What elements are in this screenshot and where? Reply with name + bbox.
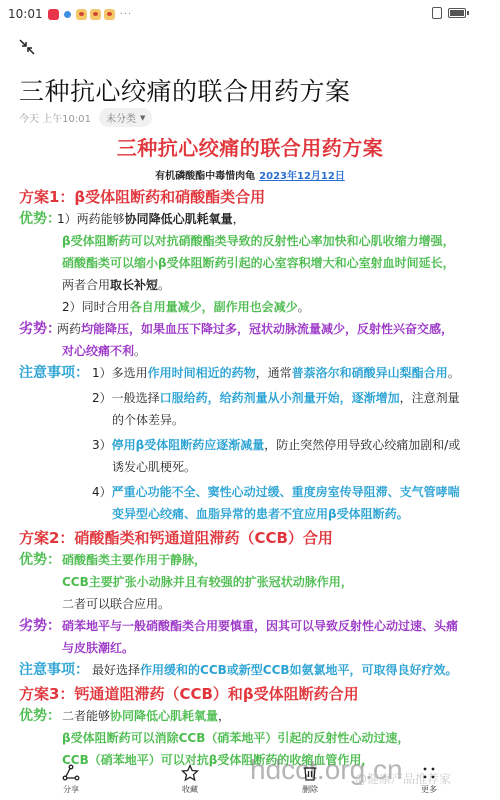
disadvantage-label: 劣势：	[19, 615, 61, 637]
dot-notification-icon	[64, 11, 71, 18]
trash-icon	[301, 764, 319, 782]
weibo-notification-icon	[76, 9, 87, 20]
plan1-notes: 注意事项： 1）多选用作用时间相近的药物，通常普萘洛尔和硝酸异山梨酯合用。	[0, 362, 500, 384]
dropdown-arrow-icon: ▼	[140, 114, 145, 122]
collapse-icon[interactable]	[18, 38, 36, 56]
status-time: 10:01	[8, 7, 43, 21]
plan2-disadvantage: 劣势： 硝苯地平与一般硝酸酯类合用要慎重，因其可以导致反射性心动过速、头痛	[0, 615, 500, 637]
advantage-label: 优势：	[19, 705, 61, 727]
plan1-disadvantage: 劣势： 两药均能降压，如果血压下降过多，冠状动脉流量减少，反射性兴奋交感，	[0, 318, 500, 340]
plan1-heading: 方案1：β受体阻断药和硝酸酯类合用	[0, 186, 500, 208]
advantage-label: 优势：	[19, 208, 61, 230]
doc-byline: 有机磷酸酯中毒惜肉龟2023年12月12日	[0, 167, 500, 182]
vibrate-icon	[432, 7, 442, 19]
plan3-advantage: 优势： 二者能够协同降低心肌耗氧量，	[0, 705, 500, 727]
doc-author: 有机磷酸酯中毒惜肉龟	[155, 171, 255, 182]
share-icon	[62, 764, 80, 782]
note-meta: 今天 上午10:01 未分类 ▼	[19, 108, 152, 127]
app-notification-icon	[48, 9, 59, 20]
plan1-advantage: 优势： 1）两药能够协同降低心肌耗氧量，	[0, 208, 500, 230]
notes-label: 注意事项：	[19, 362, 89, 384]
doc-title: 三种抗心绞痛的联合用药方案	[0, 132, 500, 161]
plan3-heading: 方案3：钙通道阻滞药（CCB）和β受体阻断药合用	[0, 683, 500, 705]
note-body: 三种抗心绞痛的联合用药方案 有机磷酸酯中毒惜肉龟2023年12月12日 方案1：…	[0, 128, 500, 771]
doc-date-link[interactable]: 2023年12月12日	[259, 171, 345, 182]
more-notifications-icon: ···	[120, 9, 133, 20]
plan2-advantage: 优势： 硝酸酯类主要作用于静脉，	[0, 549, 500, 571]
share-button[interactable]: 分享	[46, 764, 96, 795]
plan2-notes: 注意事项： 最好选择作用缓和的CCB或新型CCB如氨氯地平，可取得良好疗效。	[0, 659, 500, 681]
note-timestamp: 今天 上午10:01	[19, 110, 91, 125]
weibo-notification-icon	[104, 9, 115, 20]
more-button[interactable]: 更多	[404, 764, 454, 795]
notes-label: 注意事项：	[19, 659, 89, 681]
note-title[interactable]: 三种抗心绞痛的联合用药方案	[19, 72, 351, 108]
more-icon	[420, 764, 438, 782]
disadvantage-label: 劣势：	[19, 318, 61, 340]
category-label: 未分类	[106, 110, 136, 125]
delete-button[interactable]: 删除	[285, 764, 335, 795]
category-dropdown[interactable]: 未分类 ▼	[99, 108, 152, 127]
advantage-label: 优势：	[19, 549, 61, 571]
battery-icon	[448, 8, 466, 18]
plan2-heading: 方案2：硝酸酯类和钙通道阻滞药（CCB）合用	[0, 527, 500, 549]
weibo-notification-icon	[90, 9, 101, 20]
status-bar: 10:01 ···	[0, 0, 500, 28]
favorite-button[interactable]: 收藏	[165, 764, 215, 795]
bottom-toolbar: 分享 收藏 删除 更多	[0, 764, 500, 800]
star-icon	[181, 764, 199, 782]
